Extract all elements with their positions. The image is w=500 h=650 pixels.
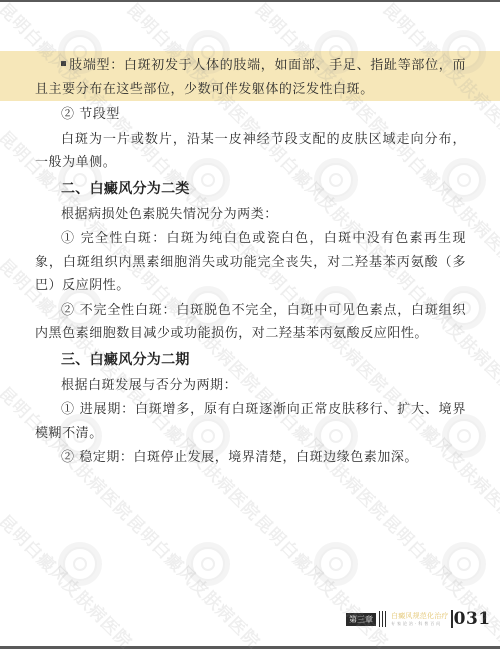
paragraph-incomplete-leukoplakia: ② 不完全性白斑：白斑脱色不完全，白斑中可见色素点，白斑组织内黑色素细胞数目减少… [35,299,466,346]
book-title: 白癜风规范化治疗 专家论治·科普百问 [391,613,449,626]
square-bullet-icon [61,61,66,66]
book-subtitle-text: 专家论治·科普百问 [391,622,449,626]
decorative-bars-icon [379,611,388,627]
hospital-seal-icon [319,547,353,581]
page-footer: 第三章 白癜风规范化治疗 专家论治·科普百问 031 [346,607,491,631]
page-number-divider [451,610,453,628]
highlighted-paragraph: 肢端型：白斑初发于人体的肢端，如面部、手足、指趾等部位，而且主要分布在这些部位，… [35,54,466,101]
highlighted-paragraph-text: 肢端型：白斑初发于人体的肢端，如面部、手足、指趾等部位，而且主要分布在这些部位，… [35,58,466,97]
paragraph-stages-intro: 根据白斑发展与否分为两期： [35,374,466,398]
hospital-seal-icon [191,547,225,581]
page-bottom-border [0,646,500,649]
section-heading-two-categories: 二、白癜风分为二类 [35,177,466,201]
section-heading-two-stages: 三、白癜风分为二期 [35,348,466,372]
paragraph-stable-stage: ② 稳定期：白斑停止发展，境界清楚，白斑边缘色素加深。 [35,446,466,470]
page-content: 肢端型：白斑初发于人体的肢端，如面部、手足、指趾等部位，而且主要分布在这些部位，… [35,54,466,471]
paragraph-segmental-description: 白斑为一片或数片，沿某一皮神经节段支配的皮肤区域走向分布，一般为单侧。 [35,128,466,175]
hospital-seal-icon [447,547,481,581]
paragraph-categories-intro: 根据病损处色素脱失情况分为两类： [35,203,466,227]
page-top-border [0,0,500,2]
paragraph-complete-leukoplakia: ① 完全性白斑：白斑为纯白色或瓷白色，白斑中没有色素再生现象，白斑组织内黑素细胞… [35,227,466,298]
subheading-segmental-type: ② 节段型 [35,103,466,127]
watermark-text: 昆明白癜风皮肤病医院 [0,508,139,650]
watermark-text: 昆明白癜风皮肤病医院 [122,508,267,650]
hospital-seal-icon [63,547,97,581]
book-title-text: 白癜风规范化治疗 [391,613,449,620]
paragraph-progressive-stage: ① 进展期：白斑增多，原有白斑逐渐向正常皮肤移行、扩大、境界模糊不清。 [35,398,466,445]
page-number: 031 [454,609,491,629]
chapter-badge: 第三章 [346,613,376,626]
